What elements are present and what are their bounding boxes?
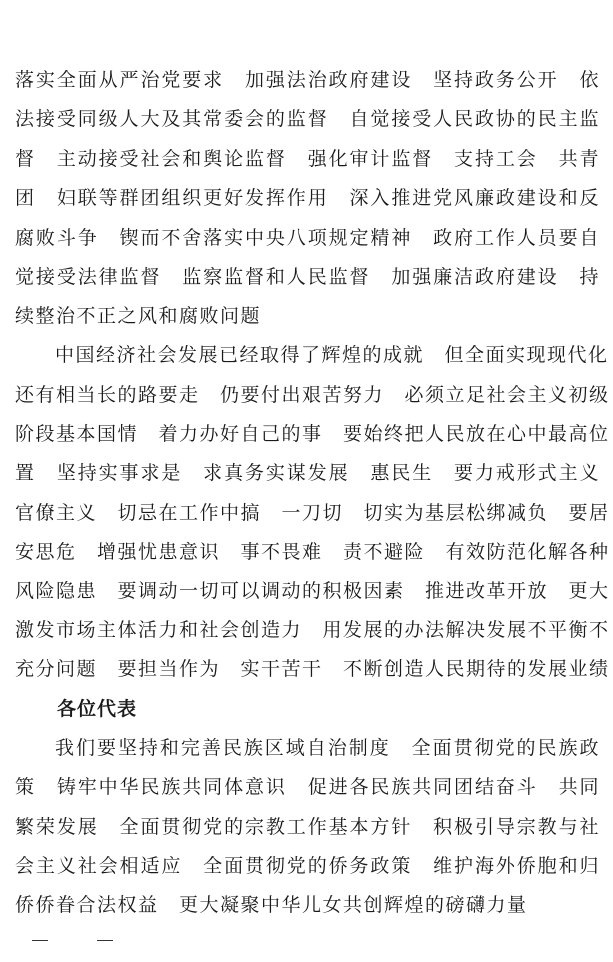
text-line: 策 铸牢中华民族共同体意识 促进各民族共同团结奋斗 共同 — [15, 774, 600, 800]
text-line: 落实全面从严治党要求 加强法治政府建设 坚持政务公开 依 — [15, 67, 600, 93]
text-line: 团 妇联等群团组织更好发挥作用 深入推进党风廉政建设和反 — [15, 185, 600, 211]
text-line: 腐败斗争 锲而不舍落实中央八项规定精神 政府工作人员要自 — [15, 225, 600, 251]
text-line: 法接受同级人大及其常委会的监督 自觉接受人民政协的民主监 — [15, 106, 600, 132]
text-line: 繁荣发展 全面贯彻党的宗教工作基本方针 积极引导宗教与社 — [15, 814, 600, 840]
text-line: 还有相当长的路要走 仍要付出艰苦努力 必须立足社会主义初级 — [15, 382, 600, 408]
text-line: 我们要坚持和完善民族区域自治制度 全面贯彻党的民族政 — [55, 735, 600, 761]
page-number-dash-left — [32, 940, 48, 941]
text-line: 督 主动接受社会和舆论监督 强化审计监督 支持工会 共青 — [15, 146, 600, 172]
document-page: 落实全面从严治党要求 加强法治政府建设 坚持政务公开 依 法接受同级人大及其常委… — [0, 0, 613, 962]
text-line: 充分问题 要担当作为 实干苦干 不断创造人民期待的发展业绩 — [15, 656, 600, 682]
text-line: 阶段基本国情 着力办好自己的事 要始终把人民放在心中最高位 — [15, 421, 600, 447]
text-line: 侨侨眷合法权益 更大凝聚中华儿女共创辉煌的磅礴力量 — [15, 892, 600, 918]
text-line: 激发市场主体活力和社会创造力 用发展的办法解决发展不平衡不 — [15, 617, 600, 643]
text-line: 中国经济社会发展已经取得了辉煌的成就 但全面实现现代化 — [55, 342, 600, 368]
text-line: 置 坚持实事求是 求真务实谋发展 惠民生 要力戒形式主义 — [15, 460, 600, 486]
text-line: 续整治不正之风和腐败问题 — [15, 303, 600, 329]
text-line: 安思危 增强忧患意识 事不畏难 责不避险 有效防范化解各种 — [15, 539, 600, 565]
text-line: 风险隐患 要调动一切可以调动的积极因素 推进改革开放 更大 — [15, 578, 600, 604]
page-number-dash-right — [97, 940, 113, 941]
section-heading: 各位代表 — [57, 696, 137, 722]
text-line: 觉接受法律监督 监察监督和人民监督 加强廉洁政府建设 持 — [15, 264, 600, 290]
text-line: 官僚主义 切忌在工作中搞 一刀切 切实为基层松绑减负 要居 — [15, 500, 600, 526]
text-line: 会主义社会相适应 全面贯彻党的侨务政策 维护海外侨胞和归 — [15, 853, 600, 879]
